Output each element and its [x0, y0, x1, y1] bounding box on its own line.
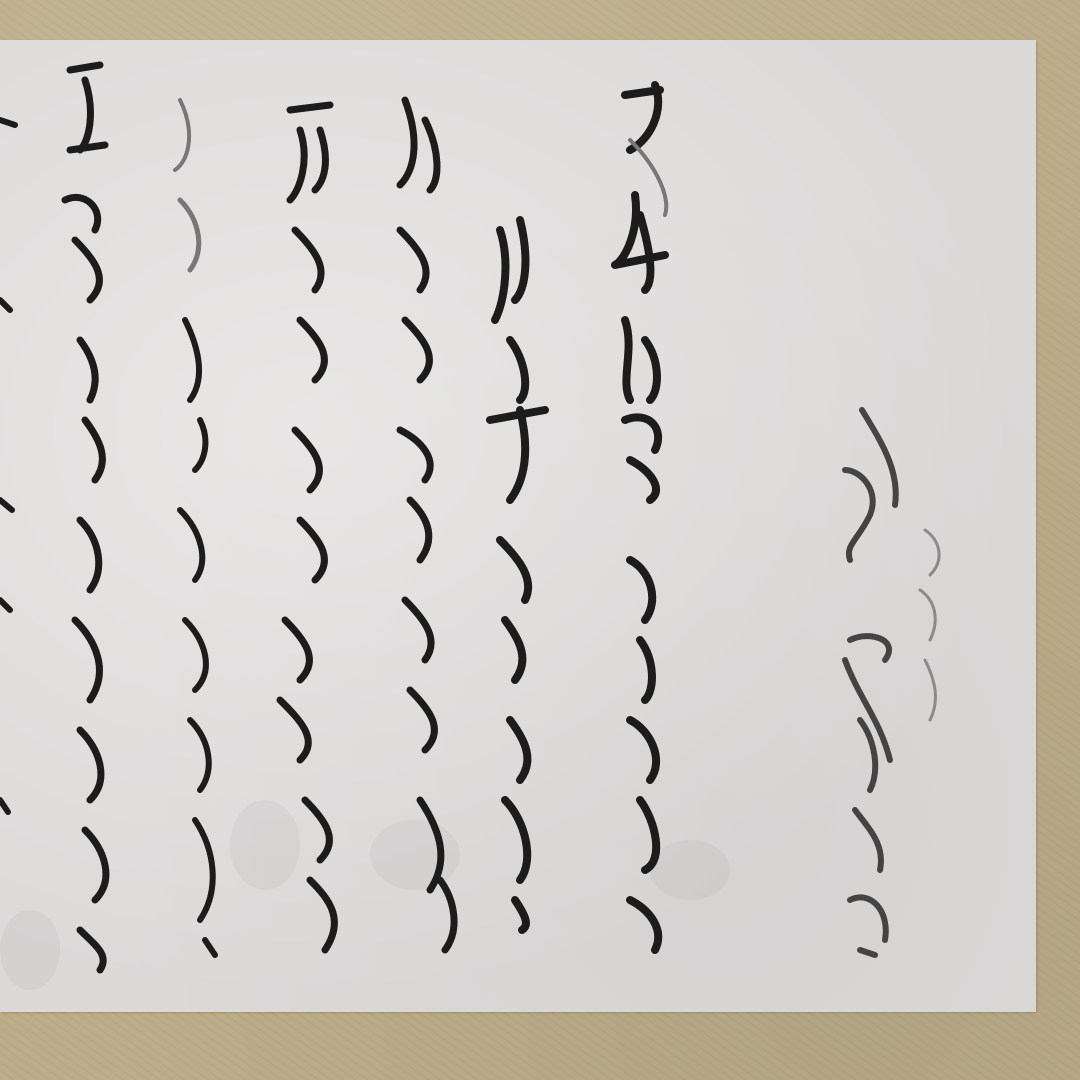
calligraphy-ink [0, 0, 1080, 1080]
column-8 [65, 65, 106, 970]
column-2 [920, 530, 939, 720]
column-5 [400, 100, 454, 950]
column-cutoff [0, 120, 15, 812]
column-4 [490, 220, 545, 930]
column-3 [615, 85, 666, 950]
column-6 [280, 105, 334, 950]
column-7 [175, 100, 215, 955]
column-1 [845, 410, 896, 955]
